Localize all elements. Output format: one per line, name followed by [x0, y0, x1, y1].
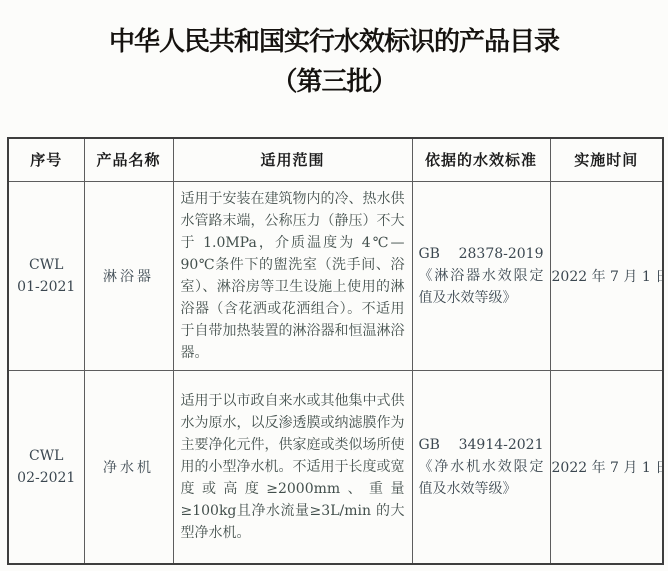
- cell-water-efficiency-standard: GB 34914-2021 《净水机水效限定值及水效等级》: [412, 370, 550, 564]
- cell-water-efficiency-standard: GB 28378-2019 《淋浴器水效限定值及水效等级》: [412, 181, 550, 370]
- cell-implementation-date: 2022 年 7 月 1 日: [550, 181, 663, 370]
- document-title: 中华人民共和国实行水效标识的产品目录: [0, 22, 668, 62]
- col-header-serial: 序号: [8, 138, 84, 181]
- cell-application-scope: 适用于安装在建筑物内的冷、热水供水管路末端，公称压力（静压）不大于 1.0MPa…: [173, 181, 412, 370]
- col-header-scope: 适用范围: [173, 138, 412, 181]
- cell-product-name: 淋浴器: [84, 181, 173, 370]
- product-catalog-table: 序号 产品名称 适用范围 依据的水效标准 实施时间 CWL 01-2021 淋浴…: [7, 137, 664, 565]
- cell-product-name: 净水机: [84, 370, 173, 564]
- col-header-product-name: 产品名称: [84, 138, 173, 181]
- col-header-implementation-date: 实施时间: [550, 138, 663, 181]
- document-subtitle: （第三批）: [0, 62, 668, 102]
- document-header: 中华人民共和国实行水效标识的产品目录 （第三批）: [0, 22, 668, 102]
- table-row: CWL 01-2021 淋浴器 适用于安装在建筑物内的冷、热水供水管路末端，公称…: [8, 181, 663, 370]
- cell-application-scope: 适用于以市政自来水或其他集中式供水为原水，以反渗透膜或纳滤膜作为主要净化元件，供…: [173, 370, 412, 564]
- cell-serial-number: CWL 01-2021: [8, 181, 84, 370]
- cell-serial-number: CWL 02-2021: [8, 370, 84, 564]
- cell-implementation-date: 2022 年 7 月 1 日: [550, 370, 663, 564]
- col-header-standard: 依据的水效标准: [412, 138, 550, 181]
- table-header-row: 序号 产品名称 适用范围 依据的水效标准 实施时间: [8, 138, 663, 181]
- table-row: CWL 02-2021 净水机 适用于以市政自来水或其他集中式供水为原水，以反渗…: [8, 370, 663, 564]
